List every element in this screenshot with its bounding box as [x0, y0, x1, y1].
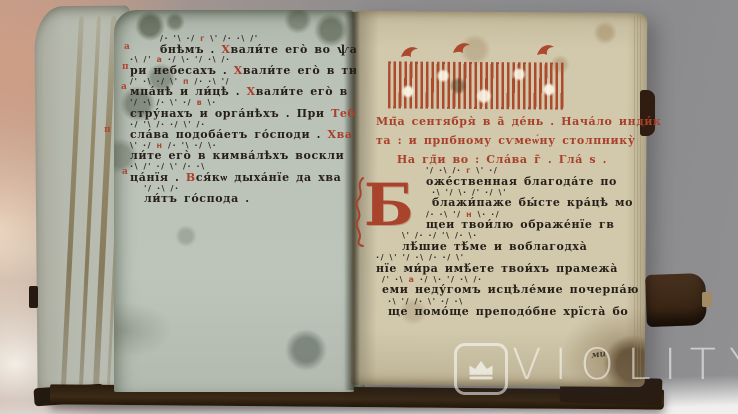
ink-segment: ·/ \· '/ ·\ /·	[416, 275, 483, 284]
ink-segment: а	[409, 275, 416, 284]
flourish-icon	[400, 44, 420, 60]
ink-segment: ще помо́ще преподо́бне хрїста̀ бо	[388, 305, 628, 318]
ink-segment: вали́те его̀ в	[256, 85, 348, 98]
clasp-remnant-top	[640, 90, 655, 136]
ink-segment: оже́ственная благода́те по	[426, 175, 617, 188]
ink-segment: /' ·\ ·/ \'	[130, 77, 183, 86]
margin-letter: а	[122, 167, 128, 177]
margin-letter: а	[124, 42, 130, 52]
ink-segment: '/ ·\ /· \' ·/	[130, 98, 197, 107]
ink-segment: ся́кѡ дыха́нїе да хва	[196, 171, 342, 184]
ink-segment: /· '\ ·/	[160, 34, 200, 43]
text-line: ·\ '/ \· /' ·/ \'блажи́паже бы́сте кра́ц…	[372, 188, 632, 210]
neume-row: /' ·\ а ·/ \· '/ ·\ /·	[382, 275, 632, 285]
ink-segment: стру́нахъ и орга́нѣхъ . При	[130, 107, 331, 120]
ink-segment: /· ·\ '/	[190, 77, 230, 86]
text-row: мпа́нѣ и ли́цѣ . Хвали́те его̀ в	[130, 86, 356, 98]
leather-clasp	[645, 273, 707, 327]
text-line: '/ ·\ /· \' ·/ в \·стру́нахъ и орга́нѣхъ…	[130, 98, 356, 119]
margin-letter: п	[104, 125, 111, 135]
margin-letter: п	[122, 62, 129, 72]
text-row: щеи твои́лю ображе́нїе гв	[426, 219, 632, 231]
ink-segment: '/ ·\ /·	[426, 166, 466, 175]
ink-segment: Х	[247, 85, 256, 98]
flourish-icon	[536, 42, 556, 58]
ink-segment: бнѣмъ .	[160, 43, 221, 56]
neume-row: ·/ \' '/ ·\ /· ·/ \'	[376, 253, 632, 263]
ink-segment: ри небесахъ .	[130, 64, 234, 77]
ink-segment: ли́тъ го́спода .	[144, 192, 250, 205]
ornamental-headpiece	[388, 61, 566, 109]
ink-segment: ли́те его̀ в кимва́лѣхъ воскли	[130, 149, 344, 162]
ink-segment: В	[186, 171, 196, 184]
text-line: ·/ '\ /· ·/ \' /·сла́ва подоба́етъ го́сп…	[130, 120, 356, 141]
neume-row: \' /· ·/ '\ /· \·	[402, 231, 632, 241]
text-line: '/ ·\ /·ли́тъ го́спода .	[130, 184, 356, 205]
ink-segment: /' ·\	[382, 275, 409, 284]
ink-segment: Мц̃а сентября̀ в а̃ де́нь . Нача́ло инди…	[376, 115, 662, 128]
ink-segment: \' ·/	[130, 141, 157, 150]
ink-segment: Х	[234, 64, 243, 77]
ink-segment: щеи твои́лю ображе́нїе гв	[426, 218, 615, 231]
text-row: оже́ственная благода́те по	[426, 176, 632, 188]
text-line: ·\ /' ·/ \' /· ·\ца́нїя . Вся́кѡ дыха́нї…	[130, 162, 356, 183]
ink-segment: ·/ \' '/ ·\ /· ·/ \'	[376, 253, 465, 262]
ink-segment: нїе ми́ра имѣ́ете твои́хъ прамежа̀	[376, 262, 618, 275]
text-line: /' ·\ ·/ \' п /· ·\ '/мпа́нѣ и ли́цѣ . Х…	[130, 77, 356, 98]
neume-row: '/ ·\ /· \' ·/ в \·	[130, 98, 356, 108]
ink-segment: \' /· ·\ /'	[206, 34, 259, 43]
margin-letter: а	[121, 82, 127, 92]
text-row: ли́тъ го́спода .	[144, 193, 356, 205]
ink-segment: Хва	[328, 128, 353, 141]
left-edge-clasp-remnant	[29, 286, 38, 308]
neume-row: /' ·\ ·/ \' п /· ·\ '/	[130, 77, 356, 87]
ink-segment: лѣ́шие тѣ́ме и воблагодха̀	[402, 240, 587, 253]
right-page-edge-lines	[634, 16, 643, 380]
ink-segment: '/ ·\ /·	[144, 184, 180, 193]
text-line: та : и прпбному сѵмеѡ́ну столпнику̀	[376, 135, 628, 154]
text-row: ри небесахъ . Хвали́те его̀ в ти	[130, 65, 356, 77]
text-line: /' ·\ а ·/ \· '/ ·\ /·еми неду́гомъ исцѣ…	[372, 275, 632, 297]
text-row: нїе ми́ра имѣ́ете твои́хъ прамежа̀	[376, 263, 632, 275]
ink-segment: \· ·/	[473, 210, 500, 219]
ink-segment: ·\ '/ /· \' ·/ ·\	[388, 297, 464, 306]
neume-row: /· ·\ '/ н \· ·/	[426, 210, 632, 220]
text-line: \' ·/ н /· '\ ·/ \·ли́те его̀ в кимва́лѣ…	[130, 141, 356, 162]
ink-segment: ·\ /'	[130, 55, 157, 64]
neume-row: /· '\ ·/ г \' /· ·\ /'	[160, 34, 356, 44]
neume-row: \' ·/ н /· '\ ·/ \·	[130, 141, 356, 151]
text-row: Мц̃а сентября̀ в а̃ де́нь . Нача́ло инди…	[376, 116, 628, 128]
text-row: ли́те его̀ в кимва́лѣхъ воскли	[130, 150, 356, 162]
ink-segment: н	[157, 141, 164, 150]
text-line: ·/ \' '/ ·\ /· ·/ \'нїе ми́ра имѣ́ете тв…	[372, 253, 632, 275]
text-line: /· ·\ '/ н \· ·/щеи твои́лю ображе́нїе г…	[372, 210, 632, 232]
ink-segment: На гд̃и во : Сла́ва г̃ . Гла́ ѕ .	[397, 153, 607, 166]
text-row: еми неду́гомъ исцѣле́мие почерпа́ю	[382, 284, 632, 296]
text-row: та : и прпбному сѵмеѡ́ну столпнику̀	[376, 135, 628, 147]
neume-row: '/ ·\ /·	[144, 184, 356, 194]
ink-segment: блажи́паже бы́сте кра́цѣ мо	[432, 196, 633, 209]
ink-segment: та : и прпбному сѵмеѡ́ну столпнику̀	[376, 134, 635, 147]
text-line: /· '\ ·/ г \' /· ·\ /'бнѣмъ . Хвали́те е…	[130, 34, 356, 55]
text-row: стру́нахъ и орга́нѣхъ . При Тебѣ̀	[130, 108, 356, 120]
right-page-chant-text: '/ ·\ /· г \' ·/оже́ственная благода́те …	[372, 166, 632, 319]
ink-segment: \·	[203, 98, 217, 107]
text-row: лѣ́шие тѣ́ме и воблагодха̀	[402, 241, 632, 253]
text-line: ·\ '/ /· \' ·/ ·\ще помо́ще преподо́бне …	[372, 297, 632, 319]
ink-segment: вали́те его̀ во ѱалти́	[231, 43, 356, 56]
text-row: блажи́паже бы́сте кра́цѣ мо	[432, 197, 632, 209]
text-row: бнѣмъ . Хвали́те его̀ во ѱалти́	[160, 44, 356, 56]
ink-segment: мпа́нѣ и ли́цѣ .	[130, 85, 247, 98]
text-line: '/ ·\ /· г \' ·/оже́ственная благода́те …	[372, 166, 632, 188]
ink-segment: /· '\ ·/ \·	[164, 141, 218, 150]
ink-segment: Тебѣ̀	[331, 107, 356, 120]
ink-segment: ·/ '\ /· ·/ \' /·	[130, 120, 206, 129]
ink-segment: сла́ва подоба́етъ го́споди .	[130, 128, 328, 141]
neume-row: ·\ '/ \· /' ·/ \'	[432, 188, 632, 198]
ink-segment: еми неду́гомъ исцѣле́мие почерпа́ю	[382, 283, 639, 296]
ink-segment: /· ·\ '/	[426, 210, 466, 219]
crown-icon	[466, 356, 496, 382]
ink-segment: \' ·/	[472, 166, 499, 175]
watermark-crown-badge	[454, 343, 508, 395]
text-row: ще помо́ще преподо́бне хрїста̀ бо	[388, 306, 632, 318]
ink-segment: Х	[221, 43, 230, 56]
ink-segment: ца́нїя .	[130, 171, 186, 184]
ink-segment: ·\ /' ·/ \' /· ·\	[130, 162, 206, 171]
neume-row: ·\ /' ·/ \' /· ·\	[130, 162, 356, 172]
text-row: сла́ва подоба́етъ го́споди . Хва	[130, 129, 356, 141]
watermark-brand-text: VIOLITY	[512, 340, 738, 390]
text-line: \' /· ·/ '\ /· \·лѣ́шие тѣ́ме и воблагод…	[372, 231, 632, 253]
neume-row: ·\ /' а ·/ \· '/ ·\ /·	[130, 55, 356, 65]
ink-segment: ·\ '/ \· /' ·/ \'	[432, 188, 507, 197]
text-line: Мц̃а сентября̀ в а̃ де́нь . Нача́ло инди…	[376, 116, 628, 135]
text-row: На гд̃и во : Сла́ва г̃ . Гла́ ѕ .	[376, 154, 628, 166]
ink-segment: вали́те его̀ в ти	[243, 64, 356, 77]
neume-row: ·\ '/ /· \' ·/ ·\	[388, 297, 632, 307]
ink-segment: \' /· ·/ '\ /· \·	[402, 231, 478, 240]
neume-row: ·/ '\ /· ·/ \' /·	[130, 120, 356, 130]
text-line: ·\ /' а ·/ \· '/ ·\ /·ри небесахъ . Хвал…	[130, 55, 356, 76]
neume-row: '/ ·\ /· г \' ·/	[426, 166, 632, 176]
ink-segment: ·/ \· '/ ·\ /·	[164, 55, 231, 64]
left-page-text: /· '\ ·/ г \' /· ·\ /'бнѣмъ . Хвали́те е…	[130, 34, 356, 205]
right-page-rubric-text: Мц̃а сентября̀ в а̃ де́нь . Нача́ло инди…	[376, 116, 628, 173]
ink-segment: а	[157, 55, 164, 64]
text-row: ца́нїя . Вся́кѡ дыха́нїе да хва	[130, 172, 356, 184]
flourish-icon	[452, 40, 472, 56]
clasp-metal-tip	[702, 292, 712, 307]
photo-scene: Б /· '\ ·/ г \' /· ·\ /'бнѣмъ . Хвали́те…	[0, 0, 738, 414]
